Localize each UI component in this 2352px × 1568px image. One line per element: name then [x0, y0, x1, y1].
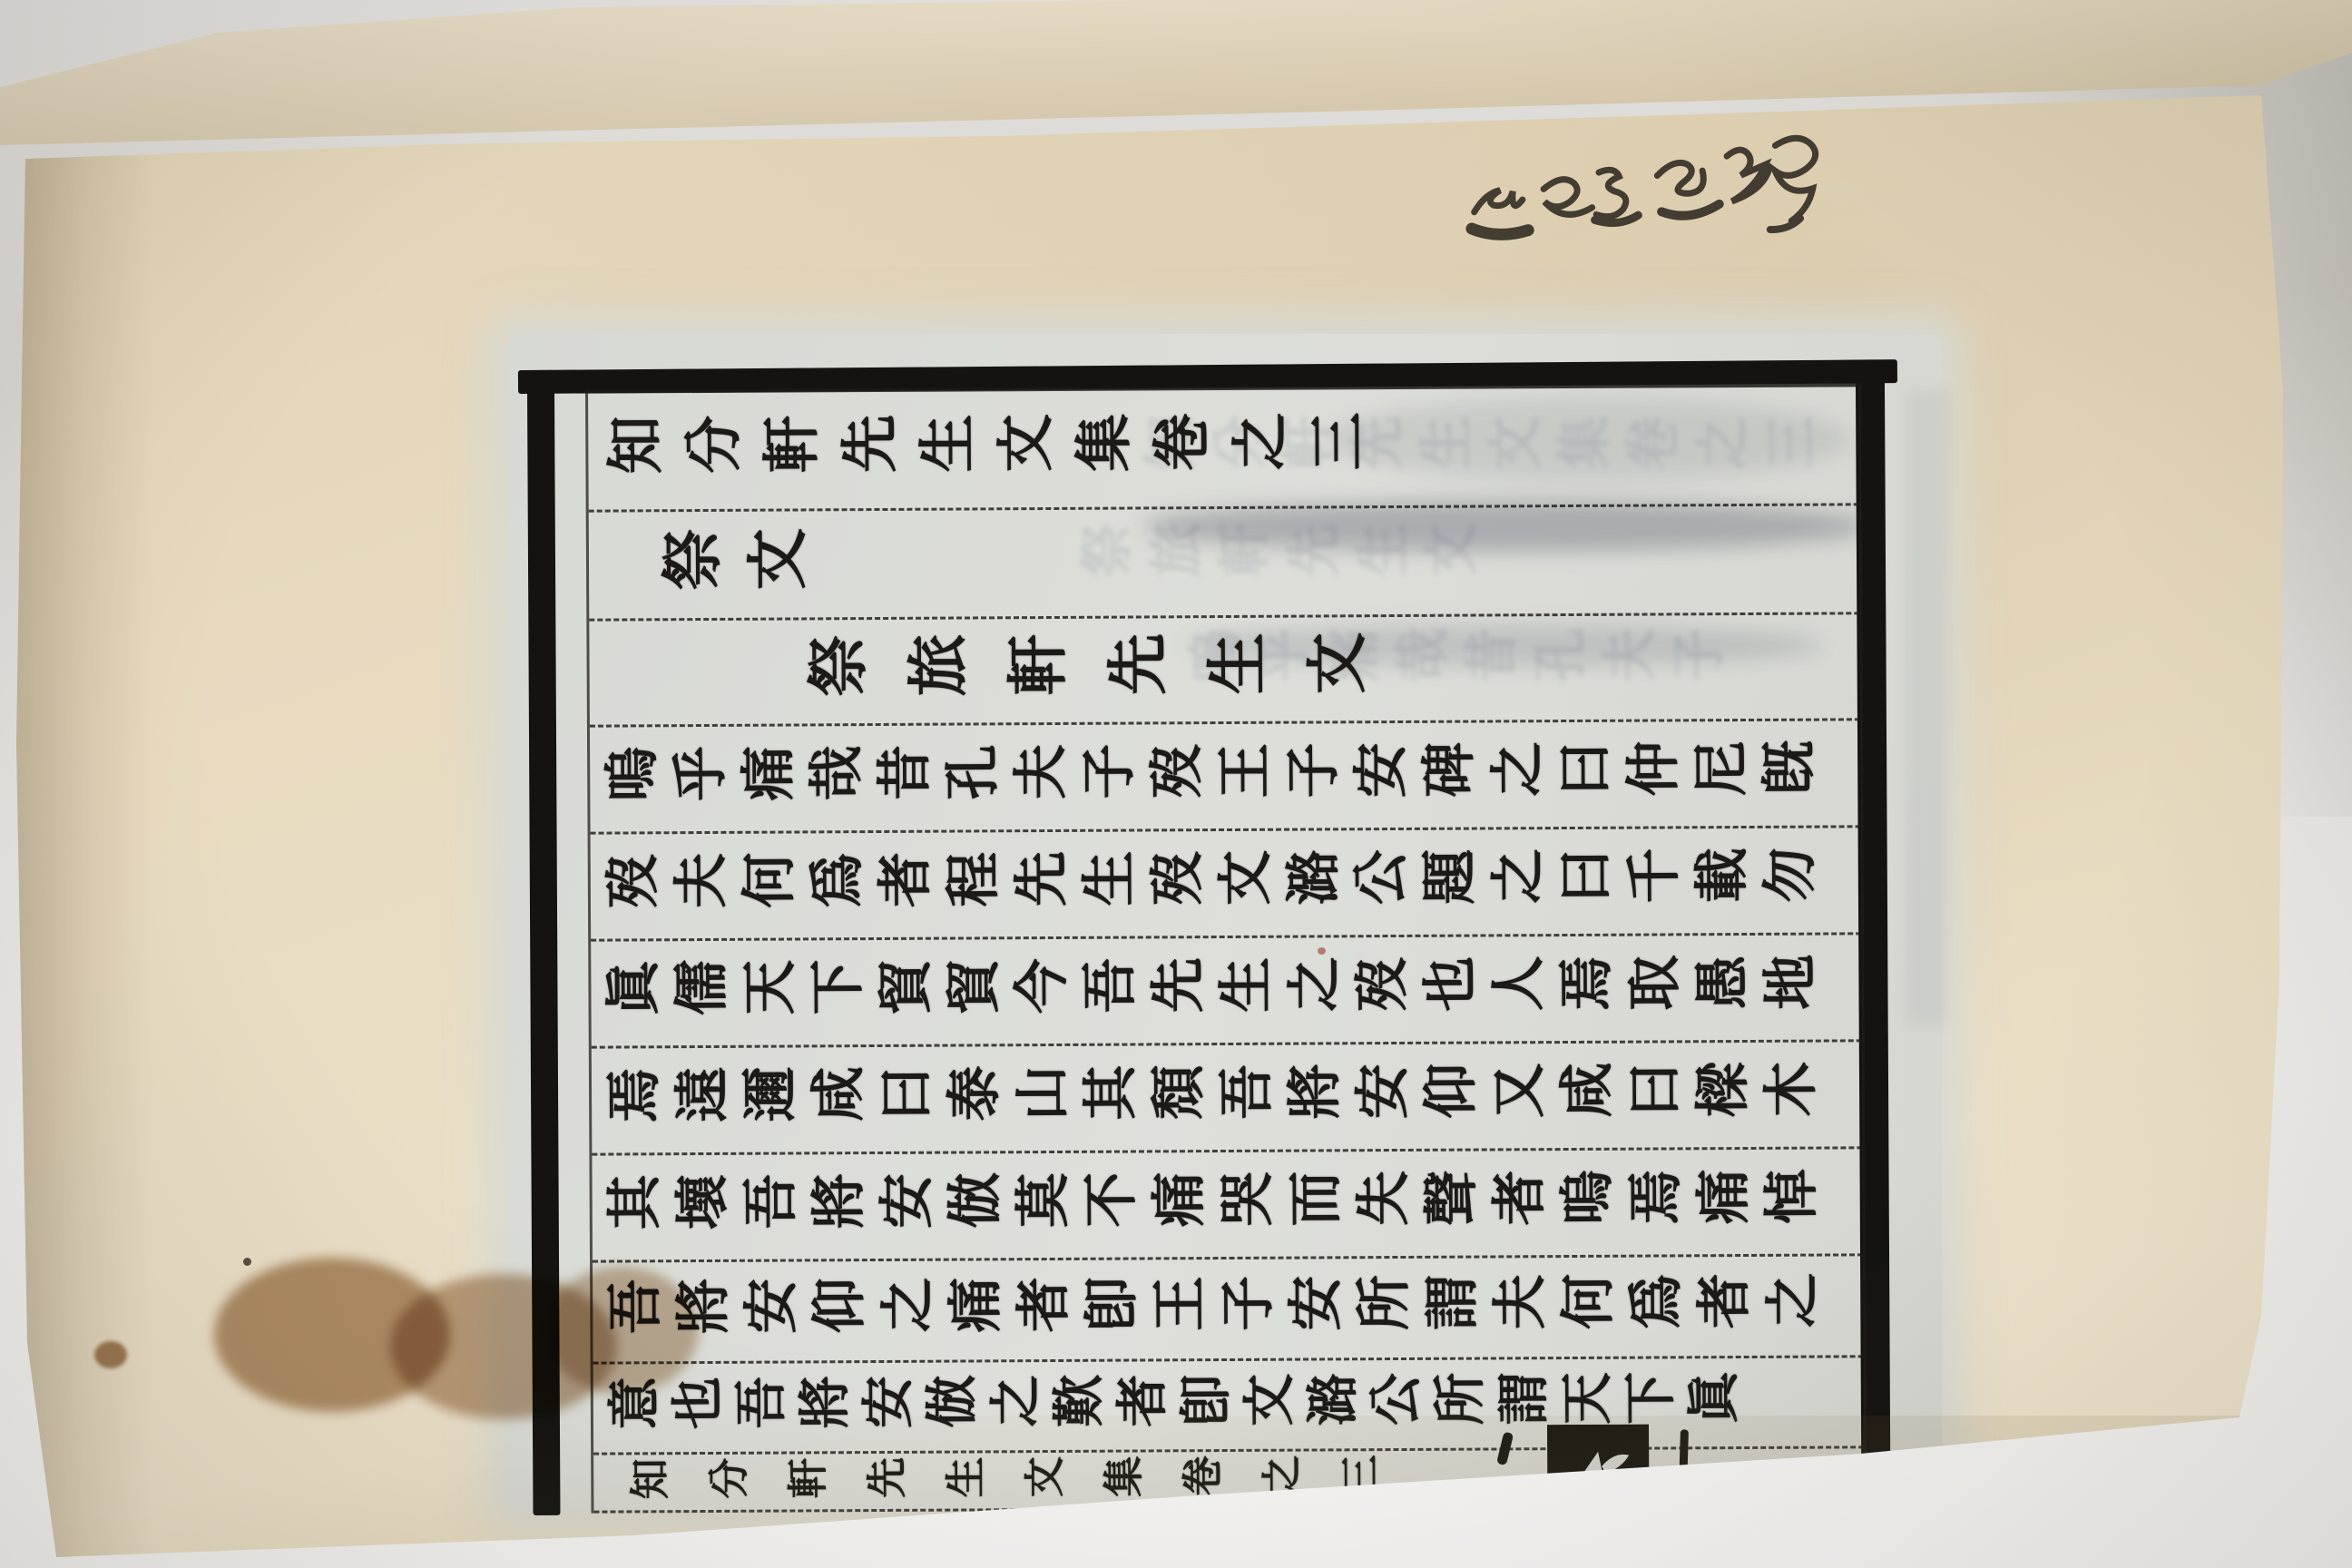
handwritten-inscription — [1453, 115, 1851, 279]
ink-speck — [243, 1258, 251, 1266]
stain-mark — [544, 1267, 699, 1394]
body-column: 焉遠邇咸曰泰山其頹吾將安仰又咸曰樑木 — [592, 1042, 1863, 1155]
text-columns: 知分軒先生文集卷之三 祭文 祭旅軒先生文 嗚乎痛哉昔孔夫子歿王子安碑之曰仲尼旣 … — [585, 383, 1867, 1513]
gutter-shadow — [0, 127, 154, 1561]
section-heading-column: 祭文 — [589, 505, 1860, 621]
volume-title-column: 知分軒先生文集卷之三 — [588, 387, 1859, 512]
body-column: 吾將安仰之痛者卽王子安所謂夫何爲者之 — [593, 1256, 1864, 1364]
book-page: 知分軒先生文集卷之三 祭旅軒先生文 嗚乎痛哉昔孔夫子 知分軒先生文集卷之三 祭文… — [0, 0, 2352, 1568]
body-column: 歿夫何爲者程先生歿文潞公題之曰千載勿 — [591, 828, 1862, 941]
body-column: 嗚乎痛哉昔孔夫子歿王子安碑之曰仲尼旣 — [590, 720, 1861, 834]
piece-title-column: 祭旅軒先生文 — [589, 614, 1860, 727]
ink-speck — [1318, 947, 1326, 955]
page-curve-shadow — [0, 1416, 2352, 1568]
body-column: 眞儒天下貿貿今吾先生之歿也人焉取愚地 — [591, 935, 1862, 1048]
body-column: 其壞吾將安倣莫不痛哭而失聲者嗚焉痛悼 — [592, 1149, 1863, 1262]
book-photo-scene: 知分軒先生文集卷之三 祭旅軒先生文 嗚乎痛哉昔孔夫子 知分軒先生文集卷之三 祭文… — [0, 0, 2352, 1568]
